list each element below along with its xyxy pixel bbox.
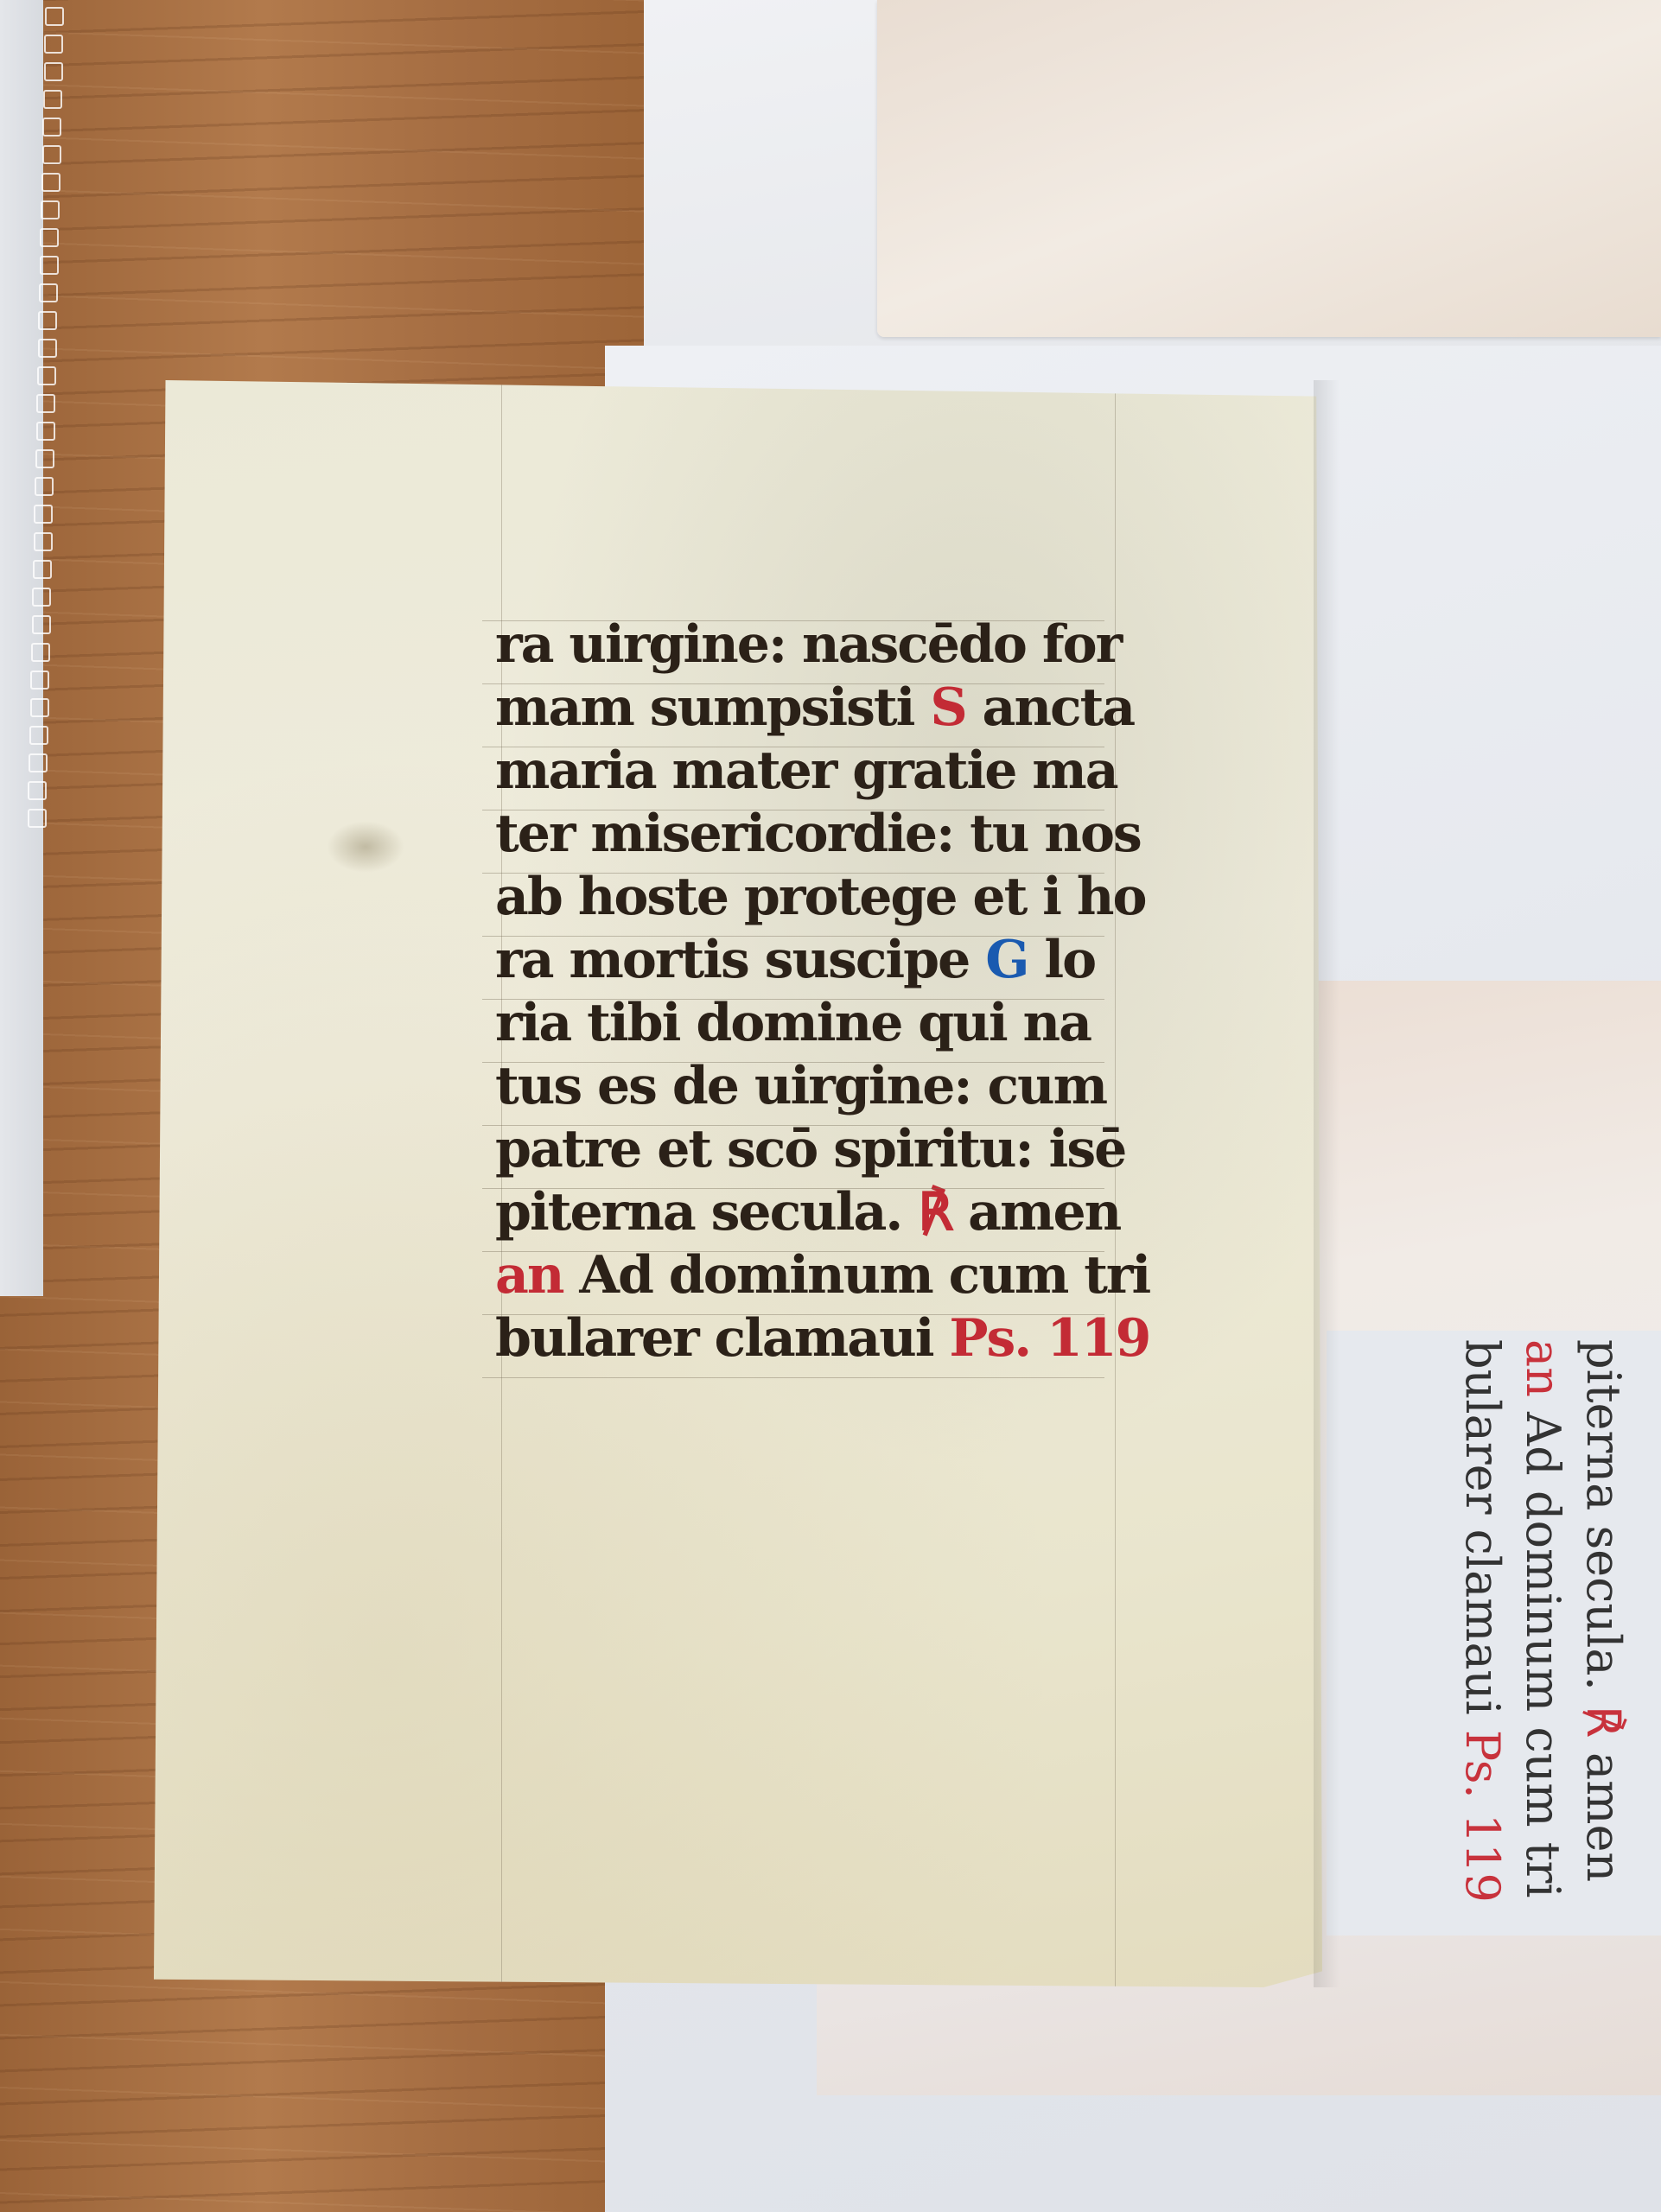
perforation-hole	[37, 366, 56, 385]
text-line: maria mater gratie ma	[495, 740, 1117, 803]
ruling-line	[482, 1062, 1104, 1063]
ruling-line	[482, 873, 1104, 874]
text-run: maria mater gratie ma	[495, 741, 1117, 801]
text-run: mam sumpsisti	[495, 677, 930, 738]
rotated-reproduction-text: piterna secula. ℟ amenan Ad dominum cum …	[1452, 1339, 1633, 1996]
perforation-hole	[40, 228, 59, 247]
text-run: ancta	[966, 677, 1135, 738]
text-line: ter misericordie: tu nos	[495, 803, 1117, 866]
red-rubric: Ps. 119	[949, 1308, 1149, 1369]
perforation-hole	[34, 505, 53, 524]
text-line: ab hoste protege et i ho	[495, 866, 1117, 929]
perforation-hole	[36, 394, 55, 413]
perforation-hole	[28, 809, 47, 828]
perforation-hole	[38, 311, 57, 330]
perforation-hole	[30, 671, 49, 690]
perforation-hole	[42, 118, 61, 137]
text-line: mam sumpsisti S ancta	[495, 677, 1117, 740]
perforation-hole	[40, 256, 59, 275]
text-run: ab hoste protege et i ho	[495, 867, 1146, 927]
text-line: tus es de uirgine: cum	[495, 1055, 1117, 1118]
text-line: ra mortis suscipe G lo	[495, 929, 1117, 992]
text-run: ra mortis suscipe	[495, 930, 985, 990]
perforation-hole	[29, 726, 48, 745]
text-run: ria tibi domine qui na	[495, 993, 1091, 1053]
perforation-hole	[29, 753, 48, 772]
perforation-hole	[34, 532, 53, 551]
text-run: patre et scō spiritu: isē	[495, 1119, 1125, 1179]
leaf-shadow	[1314, 380, 1340, 1987]
perforation-hole	[35, 477, 54, 496]
text-line: an Ad dominum cum tri	[495, 1244, 1117, 1307]
perforation-hole	[33, 560, 52, 579]
text-run: bularer clamaui	[1455, 1339, 1510, 1730]
text-run: lo	[1028, 930, 1095, 990]
perforation-hole	[31, 643, 50, 662]
ruling-line	[482, 1188, 1104, 1189]
red-rubric: S	[930, 677, 965, 738]
text-line: bularer clamaui Ps. 119	[1452, 1339, 1512, 1996]
red-rubric: an	[1516, 1339, 1570, 1412]
text-run: Ad dominum cum tri	[1516, 1412, 1570, 1897]
ruling-line	[482, 936, 1104, 937]
ruling-line	[482, 620, 1104, 621]
manuscript-text: ra uirgine: nascēdo formam sumpsisti S a…	[495, 613, 1117, 1370]
ruling-line	[482, 747, 1104, 747]
perforation-hole	[30, 698, 49, 717]
text-run: amen	[951, 1182, 1120, 1243]
text-run: amen	[1576, 1738, 1631, 1882]
perforation-hole	[42, 145, 61, 164]
text-line: patre et scō spiritu: isē	[495, 1118, 1117, 1181]
text-line: an Ad dominum cum tri	[1512, 1339, 1573, 1996]
ruling-line	[482, 810, 1104, 810]
text-line: ria tibi domine qui na	[495, 992, 1117, 1055]
text-run: Ad dominum cum tri	[579, 1245, 1149, 1306]
perforation-hole	[41, 200, 60, 219]
perforation-hole	[28, 781, 47, 800]
perforation-hole	[39, 283, 58, 302]
red-rubric: an	[495, 1245, 579, 1306]
red-rubric: Ps. 119	[1455, 1730, 1510, 1903]
perforation-hole	[35, 449, 54, 468]
ruling-line	[482, 1314, 1104, 1315]
manuscript-leaf: ra uirgine: nascēdo formam sumpsisti S a…	[154, 380, 1322, 1987]
ruling-line	[482, 1377, 1104, 1378]
ruling-line	[482, 1251, 1104, 1252]
text-run: piterna secula.	[1576, 1339, 1631, 1706]
top-parchment-leaf	[877, 0, 1661, 337]
perforation-hole	[41, 173, 60, 192]
perforation-hole	[45, 7, 64, 26]
perforation-hole	[38, 339, 57, 358]
text-line: bularer clamaui Ps. 119	[495, 1307, 1117, 1370]
perforation-hole	[36, 422, 55, 441]
text-run: bularer clamaui	[495, 1308, 949, 1369]
ruling-line	[482, 999, 1104, 1000]
perforation-hole	[32, 588, 51, 607]
text-run: piterna secula.	[495, 1182, 918, 1243]
perforation-hole	[43, 90, 62, 109]
red-rubric: ℟	[918, 1182, 951, 1243]
stain	[327, 821, 404, 873]
text-run: ra uirgine: nascēdo for	[495, 614, 1121, 675]
text-line: ra uirgine: nascēdo for	[495, 613, 1117, 677]
perforation-hole	[44, 62, 63, 81]
perforation-hole	[32, 615, 51, 634]
text-line: piterna secula. ℟ amen	[495, 1181, 1117, 1244]
text-run: ter misericordie: tu nos	[495, 804, 1141, 864]
ruling-line	[482, 1125, 1104, 1126]
text-line: piterna secula. ℟ amen	[1573, 1339, 1633, 1996]
ruling-line	[482, 683, 1104, 684]
perforation-hole	[44, 35, 63, 54]
red-rubric: ℟	[1576, 1706, 1631, 1738]
text-run: tus es de uirgine: cum	[495, 1056, 1106, 1116]
blue-initial: G	[985, 930, 1028, 990]
